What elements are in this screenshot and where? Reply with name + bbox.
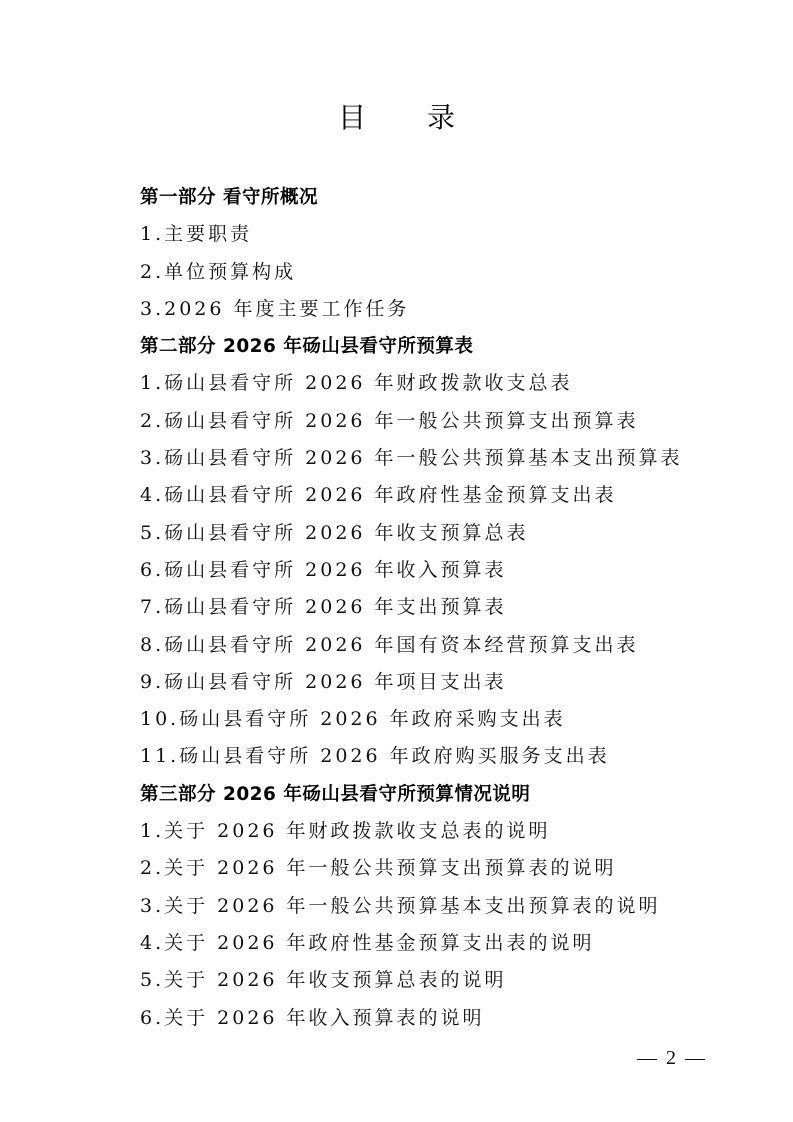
table-of-contents: 第一部分 看守所概况 1.主要职责 2.单位预算构成 3.2026 年度主要工作… — [140, 179, 700, 1037]
toc-entry: 6.砀山县看守所 2026 年收入预算表 — [140, 552, 700, 589]
section-heading-2: 第二部分 2026 年砀山县看守所预算表 — [140, 328, 700, 365]
toc-entry: 7.砀山县看守所 2026 年支出预算表 — [140, 589, 700, 626]
page-number: — 2 — — [637, 1047, 707, 1070]
toc-entry: 9.砀山县看守所 2026 年项目支出表 — [140, 664, 700, 701]
toc-entry: 4.关于 2026 年政府性基金预算支出表的说明 — [140, 925, 700, 962]
toc-entry: 4.砀山县看守所 2026 年政府性基金预算支出表 — [140, 477, 700, 514]
toc-entry: 11.砀山县看守所 2026 年政府购买服务支出表 — [140, 738, 700, 775]
toc-entry: 5.砀山县看守所 2026 年收支预算总表 — [140, 515, 700, 552]
toc-entry: 10.砀山县看守所 2026 年政府采购支出表 — [140, 701, 700, 738]
toc-entry: 3.2026 年度主要工作任务 — [140, 291, 700, 328]
toc-entry: 1.砀山县看守所 2026 年财政拨款收支总表 — [140, 365, 700, 402]
toc-entry: 3.关于 2026 年一般公共预算基本支出预算表的说明 — [140, 888, 700, 925]
document-title: 目 录 — [0, 98, 793, 138]
toc-entry: 3.砀山县看守所 2026 年一般公共预算基本支出预算表 — [140, 440, 700, 477]
toc-entry: 1.主要职责 — [140, 216, 700, 253]
toc-entry: 2.关于 2026 年一般公共预算支出预算表的说明 — [140, 850, 700, 887]
toc-entry: 8.砀山县看守所 2026 年国有资本经营预算支出表 — [140, 627, 700, 664]
section-heading-3: 第三部分 2026 年砀山县看守所预算情况说明 — [140, 776, 700, 813]
toc-entry: 6.关于 2026 年收入预算表的说明 — [140, 1000, 700, 1037]
toc-entry: 5.关于 2026 年收支预算总表的说明 — [140, 962, 700, 999]
toc-entry: 1.关于 2026 年财政拨款收支总表的说明 — [140, 813, 700, 850]
toc-entry: 2.砀山县看守所 2026 年一般公共预算支出预算表 — [140, 403, 700, 440]
toc-entry: 2.单位预算构成 — [140, 254, 700, 291]
section-heading-1: 第一部分 看守所概况 — [140, 179, 700, 216]
